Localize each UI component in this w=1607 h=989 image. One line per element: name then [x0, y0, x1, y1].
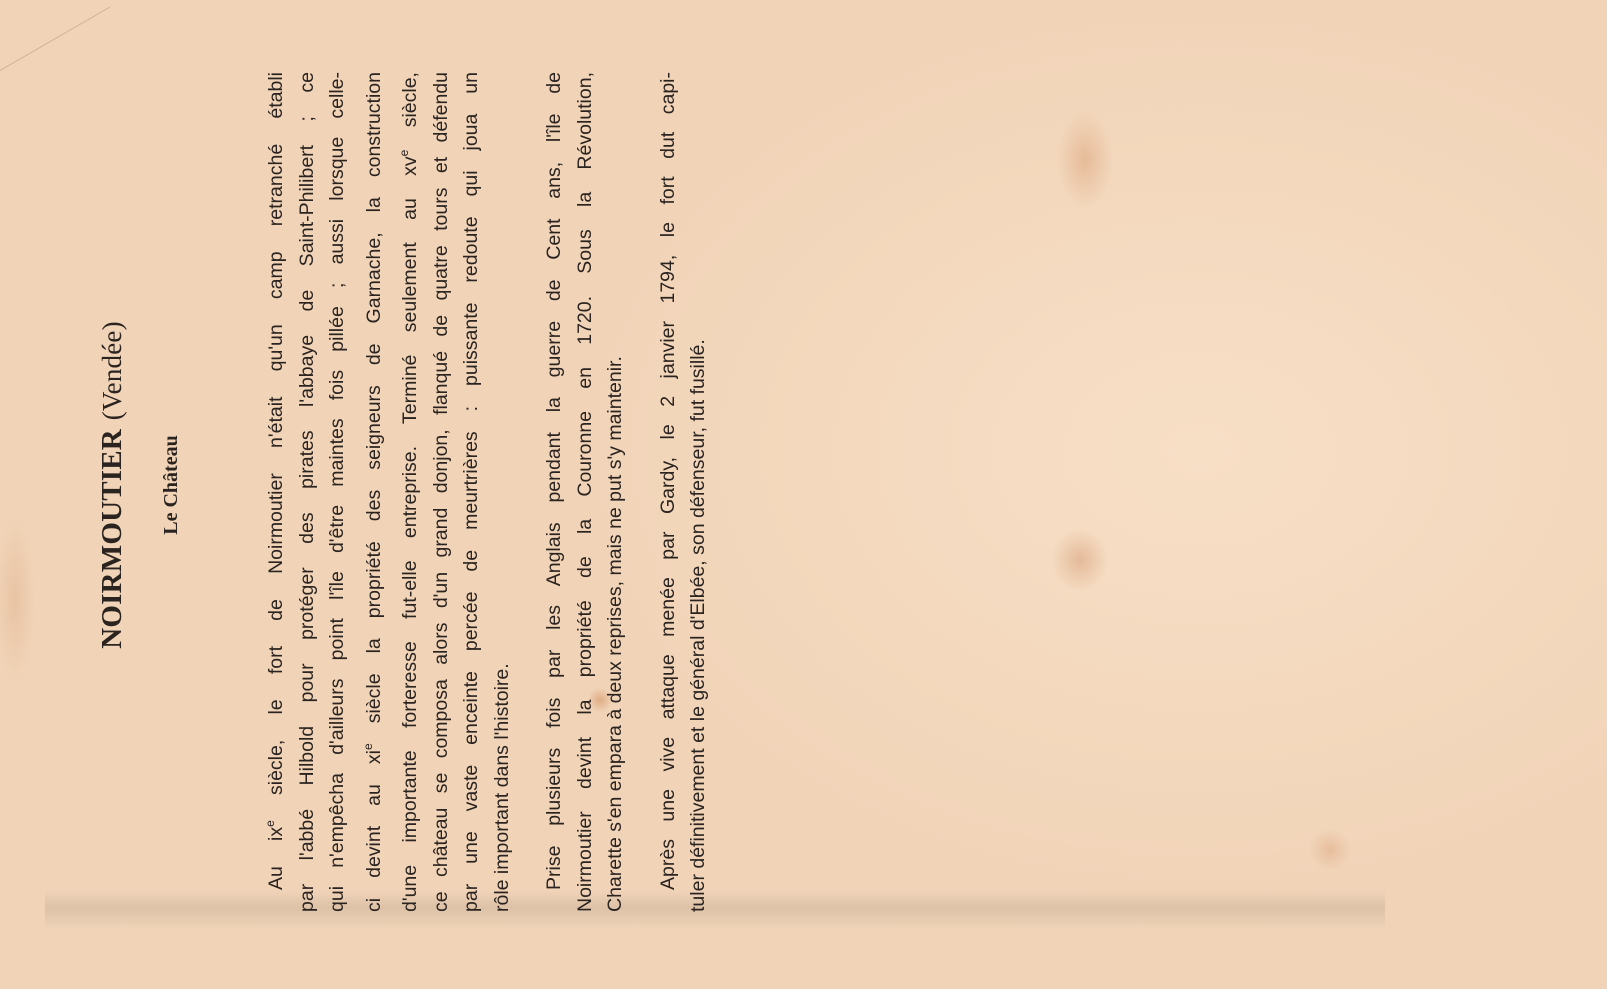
paragraph-1: Au ixe siècle, le fort de Noirmoutier n'… [255, 72, 517, 912]
text-line: Prise plusieurs fois par les Anglais pen… [539, 72, 570, 912]
section-heading: Le Château [160, 50, 183, 920]
text-line: qui n'empêcha d'ailleurs point l'île d'ê… [322, 72, 353, 912]
text-line: Au ixe siècle, le fort de Noirmoutier n'… [255, 72, 292, 912]
title-region: (Vendée) [97, 321, 127, 420]
paragraph-2: Prise plusieurs fois par les Anglais pen… [539, 72, 631, 912]
text-line: par l'abbé Hilbold pour protéger des pir… [292, 72, 323, 912]
text-line: ci devint au xie siècle la propriété des… [353, 72, 390, 912]
title-place: NOIRMOUTIER [96, 429, 128, 649]
text-line: ce château se composa alors d'un grand d… [426, 72, 457, 912]
text-line: Noirmoutier devint la propriété de la Co… [570, 72, 601, 912]
body-text: Au ixe siècle, le fort de Noirmoutier n'… [255, 72, 736, 912]
text-line: Charette s'en empara à deux reprises, ma… [600, 72, 631, 912]
text-line: tuler définitivement et le général d'Elb… [683, 72, 714, 912]
paragraph-3: Après une vive attaque menée par Gardy, … [653, 72, 714, 912]
page-title: NOIRMOUTIER (Vendée) [95, 50, 130, 920]
text-line: par une vaste enceinte percée de meurtri… [456, 72, 487, 912]
text-line: Après une vive attaque menée par Gardy, … [653, 72, 684, 912]
text-line: rôle important dans l'histoire. [487, 72, 518, 912]
text-line: d'une importante forteresse fut-elle ent… [389, 72, 426, 912]
rotated-text-block: NOIRMOUTIER (Vendée) Le Château Au ixe s… [95, 50, 795, 920]
